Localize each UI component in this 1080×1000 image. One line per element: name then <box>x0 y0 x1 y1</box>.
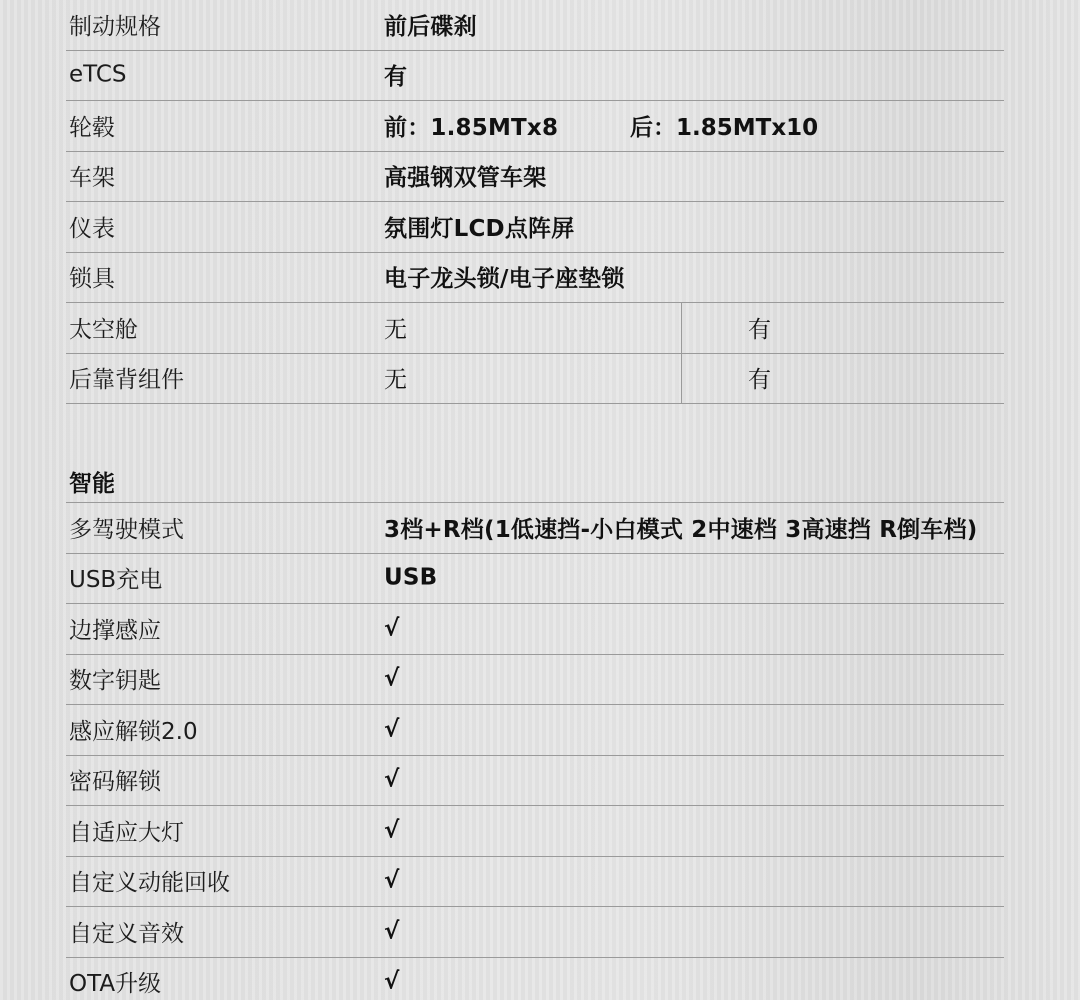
spec-label: 太空舱 <box>69 311 138 344</box>
spec-row-proximity-unlock: 感应解锁2.0 √ <box>66 705 1004 756</box>
spec-row-wheel: 轮毂 前：1.85MTx8 后：1.85MTx10 <box>66 101 1004 152</box>
check-icon: √ <box>384 918 400 944</box>
spec-label: 轮毂 <box>69 109 115 142</box>
spec-label: 后靠背组件 <box>69 361 184 394</box>
spec-label: 密码解锁 <box>69 763 161 796</box>
spec-label: 仪表 <box>69 210 115 243</box>
spec-label: 锁具 <box>69 260 115 293</box>
spec-value-front: 前：1.85MTx8 <box>384 109 558 142</box>
spec-row-energy-recovery: 自定义动能回收 √ <box>66 857 1004 908</box>
spec-row-frame: 车架 高强钢双管车架 <box>66 152 1004 203</box>
check-icon: √ <box>384 868 400 894</box>
spec-value-variant-b: 有 <box>748 311 771 344</box>
spec-value-variant-b: 有 <box>748 361 771 394</box>
spec-row-lock: 锁具 电子龙头锁/电子座垫锁 <box>66 253 1004 304</box>
spec-row-password-unlock: 密码解锁 √ <box>66 756 1004 807</box>
spec-value: 氛围灯LCD点阵屏 <box>384 210 574 243</box>
check-icon: √ <box>384 666 400 692</box>
spec-value-variant-a: 无 <box>384 361 407 394</box>
column-divider <box>681 303 682 353</box>
spec-row-digital-key: 数字钥匙 √ <box>66 655 1004 706</box>
spec-label: 车架 <box>69 159 115 192</box>
spec-label: 制动规格 <box>69 8 161 41</box>
check-icon: √ <box>384 767 400 793</box>
spec-label: 边撑感应 <box>69 612 161 645</box>
spec-value-variant-a: 无 <box>384 311 407 344</box>
check-icon: √ <box>384 969 400 995</box>
spec-row-space-capsule: 太空舱 无 有 <box>66 303 1004 354</box>
basic-spec-table: 制动规格 前后碟刹 eTCS 有 轮毂 前：1.85MTx8 后：1.85MTx… <box>66 0 1004 404</box>
spec-value: 3档+R档(1低速挡-小白模式 2中速档 3高速挡 R倒车档) <box>384 511 978 544</box>
smart-spec-table: 多驾驶模式 3档+R档(1低速挡-小白模式 2中速档 3高速挡 R倒车档) US… <box>66 502 1004 1000</box>
spec-row-drive-modes: 多驾驶模式 3档+R档(1低速挡-小白模式 2中速档 3高速挡 R倒车档) <box>66 503 1004 554</box>
spec-value: 前后碟刹 <box>384 8 477 41</box>
spec-label: 自适应大灯 <box>69 814 184 847</box>
spec-label: 多驾驶模式 <box>69 511 184 544</box>
check-icon: √ <box>384 615 400 641</box>
spec-row-usb: USB充电 USB <box>66 554 1004 605</box>
spec-label: 自定义动能回收 <box>69 864 230 897</box>
spec-value: 电子龙头锁/电子座垫锁 <box>384 260 625 293</box>
spec-row-custom-sound: 自定义音效 √ <box>66 907 1004 958</box>
spec-label: OTA升级 <box>69 965 161 998</box>
spec-label: 自定义音效 <box>69 915 184 948</box>
check-icon: √ <box>384 817 400 843</box>
spec-row-kickstand: 边撑感应 √ <box>66 604 1004 655</box>
spec-row-ota: OTA升级 √ <box>66 958 1004 1000</box>
spec-label: USB充电 <box>69 561 162 594</box>
spec-label: 感应解锁2.0 <box>69 713 198 746</box>
spec-row-backrest: 后靠背组件 无 有 <box>66 354 1004 405</box>
spec-value: 有 <box>384 58 407 91</box>
spec-label: eTCS <box>69 62 127 88</box>
section-title-smart: 智能 <box>69 465 115 498</box>
spec-value: 高强钢双管车架 <box>384 159 546 192</box>
check-icon: √ <box>384 716 400 742</box>
spec-value: USB <box>384 565 437 591</box>
spec-row-dashboard: 仪表 氛围灯LCD点阵屏 <box>66 202 1004 253</box>
spec-value-rear: 后：1.85MTx10 <box>630 109 818 142</box>
spec-row-brake: 制动规格 前后碟刹 <box>66 0 1004 51</box>
spec-row-adaptive-headlight: 自适应大灯 √ <box>66 806 1004 857</box>
spec-row-etcs: eTCS 有 <box>66 51 1004 102</box>
column-divider <box>681 354 682 404</box>
spec-label: 数字钥匙 <box>69 662 161 695</box>
